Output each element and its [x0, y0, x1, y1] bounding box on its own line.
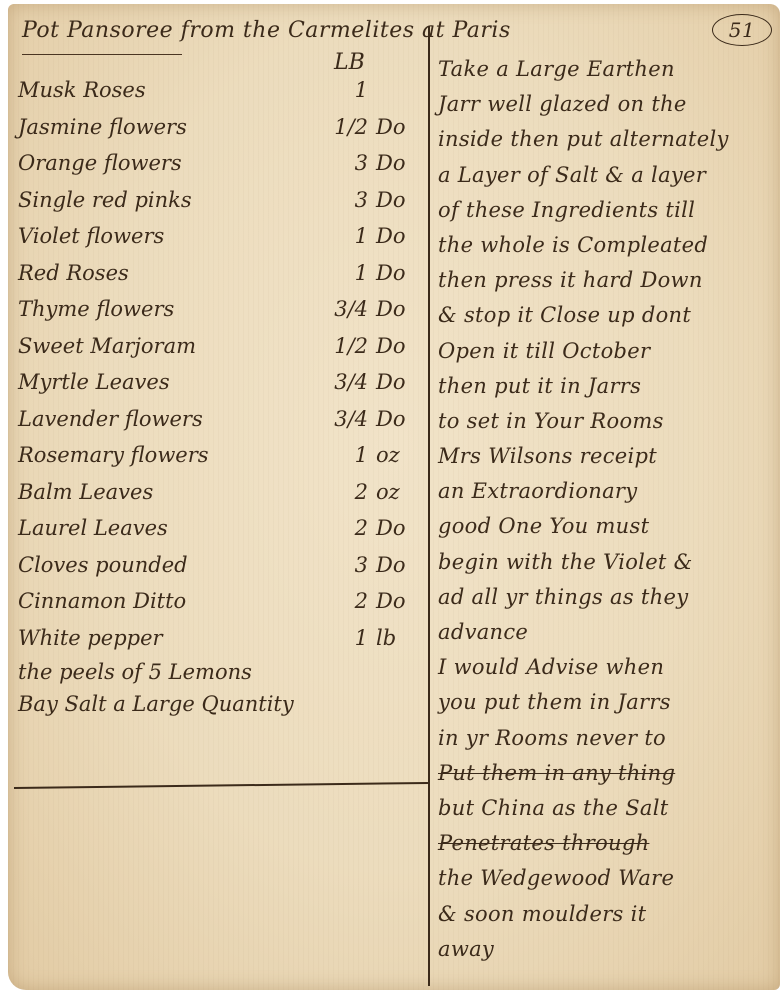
instruction-line: then press it hard Down — [438, 263, 778, 298]
ingredient-qty: 3/4 — [334, 364, 368, 400]
instruction-line: inside then put alternately — [438, 122, 778, 157]
ingredient-qty: 3/4 — [334, 291, 368, 327]
ingredient-row: Single red pinks3Do — [18, 182, 418, 219]
ingredient-qty: 3/4 — [334, 401, 368, 437]
instruction-line: an Extraordionary — [438, 474, 778, 509]
ingredient-unit: Do — [376, 145, 405, 181]
section-divider — [14, 782, 428, 789]
instructions-column: Take a Large Earthen Jarr well glazed on… — [438, 52, 778, 967]
instruction-line-struck: Penetrates through — [438, 826, 778, 861]
instruction-line: Open it till October — [438, 334, 778, 369]
instruction-line: of these Ingredients till — [438, 193, 778, 228]
ingredient-name: Thyme flowers — [18, 291, 174, 327]
ingredient-name: Rosemary flowers — [18, 437, 209, 473]
column-divider — [428, 26, 430, 986]
ingredient-qty: 3 — [334, 182, 368, 218]
instruction-line: ad all yr things as they — [438, 580, 778, 615]
ingredient-row: Rosemary flowers1oz — [18, 437, 418, 474]
ingredient-qty: 1 — [334, 437, 368, 473]
ingredient-name: Red Roses — [18, 255, 129, 291]
ingredient-name: Single red pinks — [18, 182, 192, 218]
ingredient-unit: lb — [376, 620, 396, 656]
ingredient-qty: 1 — [334, 72, 368, 108]
instruction-line: good One You must — [438, 509, 778, 544]
ingredient-name: Myrtle Leaves — [18, 364, 170, 400]
ingredient-unit: oz — [376, 437, 400, 473]
ingredient-name: Violet flowers — [18, 218, 164, 254]
ingredient-name: Cinnamon Ditto — [18, 583, 186, 619]
ingredient-row: Red Roses1Do — [18, 255, 418, 292]
ingredient-unit: Do — [376, 583, 405, 619]
instruction-line: Mrs Wilsons receipt — [438, 439, 778, 474]
title-underline — [22, 54, 182, 55]
instruction-line: you put them in Jarrs — [438, 685, 778, 720]
ingredient-name: White pepper — [18, 620, 163, 656]
ingredient-unit: Do — [376, 547, 405, 583]
ingredient-row: Lavender flowers3/4Do — [18, 401, 418, 438]
ingredient-row: Orange flowers3Do — [18, 145, 418, 182]
ingredient-row: Sweet Marjoram1/2Do — [18, 328, 418, 365]
instruction-line: the Wedgewood Ware — [438, 861, 778, 896]
ingredient-name: Sweet Marjoram — [18, 328, 196, 364]
ingredient-row: Laurel Leaves2Do — [18, 510, 418, 547]
ingredient-qty: 3 — [334, 145, 368, 181]
instruction-line: to set in Your Rooms — [438, 404, 778, 439]
ingredient-unit: Do — [376, 218, 405, 254]
ingredient-row: Thyme flowers3/4Do — [18, 291, 418, 328]
instruction-line: then put it in Jarrs — [438, 369, 778, 404]
extra-ingredient-line: the peels of 5 Lemons — [18, 656, 418, 688]
ingredient-list: Musk Roses1 Jasmine flowers1/2Do Orange … — [18, 72, 418, 720]
page-number: 51 — [712, 14, 772, 46]
ingredient-unit: Do — [376, 182, 405, 218]
instruction-line: & soon moulders it — [438, 897, 778, 932]
instruction-line: the whole is Compleated — [438, 228, 778, 263]
instruction-line: Jarr well glazed on the — [438, 87, 778, 122]
instruction-line-struck: Put them in any thing — [438, 756, 778, 791]
instruction-line: Take a Large Earthen — [438, 52, 778, 87]
ingredient-row: Cinnamon Ditto2Do — [18, 583, 418, 620]
ingredient-qty: 1 — [334, 218, 368, 254]
instruction-line: in yr Rooms never to — [438, 721, 778, 756]
ingredient-row: Cloves pounded3Do — [18, 547, 418, 584]
instruction-line: but China as the Salt — [438, 791, 778, 826]
ingredient-name: Lavender flowers — [18, 401, 203, 437]
ingredient-row: Musk Roses1 — [18, 72, 418, 109]
ingredient-unit: oz — [376, 474, 400, 510]
ingredient-name: Musk Roses — [18, 72, 146, 108]
instruction-line: advance — [438, 615, 778, 650]
ingredient-unit: Do — [376, 109, 405, 145]
title-row: Pot Pansoree from the Carmelites at Pari… — [22, 14, 762, 48]
instruction-line: a Layer of Salt & a layer — [438, 158, 778, 193]
ingredient-qty: 2 — [334, 583, 368, 619]
ingredient-qty: 2 — [334, 474, 368, 510]
ingredient-name: Balm Leaves — [18, 474, 153, 510]
ingredient-qty: 1/2 — [334, 109, 368, 145]
ingredient-qty: 1 — [334, 620, 368, 656]
instruction-line: & stop it Close up dont — [438, 298, 778, 333]
ingredient-name: Orange flowers — [18, 145, 182, 181]
ingredient-unit: Do — [376, 255, 405, 291]
page-title: Pot Pansoree from the Carmelites at Pari… — [22, 18, 511, 43]
ingredient-unit: Do — [376, 510, 405, 546]
ingredient-qty: 1 — [334, 255, 368, 291]
ingredient-name: Laurel Leaves — [18, 510, 168, 546]
ingredient-row: White pepper1lb — [18, 620, 418, 657]
ingredient-qty: 3 — [334, 547, 368, 583]
ingredient-name: Cloves pounded — [18, 547, 188, 583]
ingredient-unit: Do — [376, 401, 405, 437]
instruction-line: I would Advise when — [438, 650, 778, 685]
ingredient-qty: 1/2 — [334, 328, 368, 364]
ingredient-row: Violet flowers1Do — [18, 218, 418, 255]
extra-ingredient-line: Bay Salt a Large Quantity — [18, 688, 418, 720]
ingredient-unit: Do — [376, 328, 405, 364]
instruction-line: begin with the Violet & — [438, 545, 778, 580]
ingredient-row: Jasmine flowers1/2Do — [18, 109, 418, 146]
ingredient-row: Balm Leaves2oz — [18, 474, 418, 511]
manuscript-page: Pot Pansoree from the Carmelites at Pari… — [8, 4, 780, 990]
ingredient-row: Myrtle Leaves3/4Do — [18, 364, 418, 401]
ingredient-unit: Do — [376, 364, 405, 400]
ingredient-qty: 2 — [334, 510, 368, 546]
ingredient-unit: Do — [376, 291, 405, 327]
ingredient-name: Jasmine flowers — [18, 109, 187, 145]
instruction-line: away — [438, 932, 778, 967]
